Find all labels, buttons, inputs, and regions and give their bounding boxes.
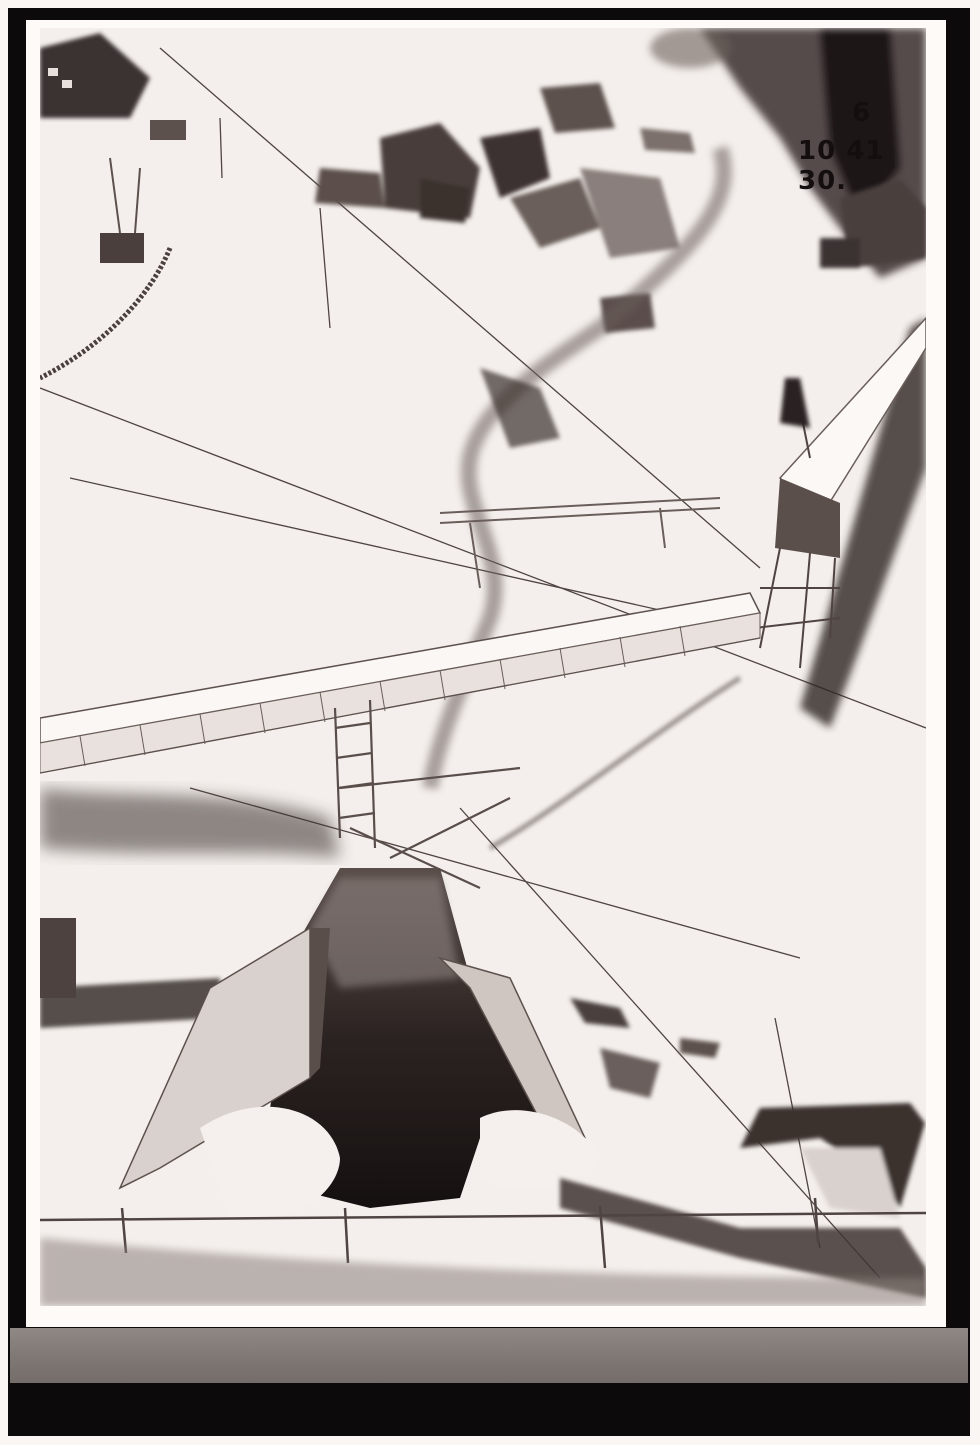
- photograph: 6 10 41 30.: [40, 28, 926, 1306]
- negative-number-line1: 6: [852, 98, 871, 128]
- negative-number-line2: 10 41 30.: [798, 136, 926, 196]
- mount-strip: [10, 1328, 968, 1383]
- shed-left: [40, 918, 76, 998]
- photo-scene: [40, 28, 926, 1306]
- track-shed: [100, 233, 144, 263]
